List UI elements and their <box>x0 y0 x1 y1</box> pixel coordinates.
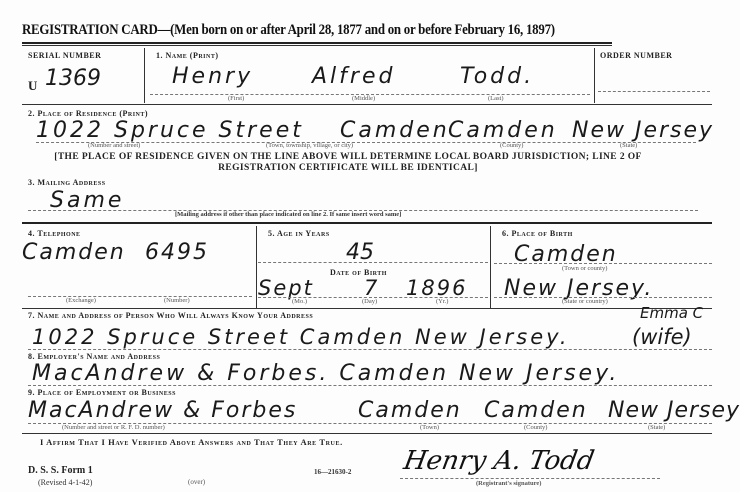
residence-town: Camden <box>340 118 450 143</box>
birth-state-caption: (State or country) <box>562 298 608 305</box>
title-underline <box>22 42 612 44</box>
middle-caption: (Middle) <box>352 95 375 102</box>
form-code: 16—21630-2 <box>314 468 351 476</box>
row9-bottom <box>22 433 712 434</box>
exchange-caption: (Exchange) <box>66 297 96 304</box>
county-caption: (County) <box>500 142 523 149</box>
order-divider <box>594 48 595 103</box>
serial-prefix: U <box>28 78 37 94</box>
telephone-label: 4. Telephone <box>28 229 81 238</box>
employment-county-caption: (County) <box>524 424 547 431</box>
employer-label: 8. Employer's Name and Address <box>28 352 160 361</box>
telephone-number: 6495 <box>145 240 209 265</box>
employment-county: Camden <box>484 398 588 423</box>
residence-state: New Jersey <box>572 118 714 143</box>
residence-street: 1022 Spruce Street <box>36 118 304 143</box>
serial-number-label: SERIAL NUMBER <box>28 51 101 60</box>
last-caption: (Last) <box>488 95 504 102</box>
contact-relation: (wife) <box>632 325 692 349</box>
telephone-divider <box>256 226 257 308</box>
order-number-label: ORDER NUMBER <box>600 51 672 60</box>
serial-number-value: 1369 <box>45 66 101 91</box>
form-name: D. S. S. Form 1 <box>28 465 93 476</box>
name-label: 1. Name (Print) <box>156 51 219 60</box>
contact-line <box>28 349 712 350</box>
registrant-signature: Henry A. Todd <box>401 446 596 476</box>
contact-label: 7. Name and Address of Person Who Will A… <box>28 311 313 320</box>
age-line <box>258 262 488 263</box>
employment-town: Camden <box>358 398 462 423</box>
town-caption: (Town, township, village, or city) <box>266 142 353 149</box>
birth-town-caption: (Town or county) <box>562 265 607 272</box>
card-title: REGISTRATION CARD—(Men born on or after … <box>22 22 555 39</box>
residence-label: 2. Place of Residence (Print) <box>28 109 148 118</box>
age-label: 5. Age in Years <box>268 229 330 238</box>
employment-street: MacAndrew & Forbes <box>28 398 297 423</box>
telephone-line <box>28 296 252 297</box>
form-revision: (Revised 4-1-42) <box>38 478 92 487</box>
place-of-birth-label: 6. Place of Birth <box>502 229 573 238</box>
state-caption: (State) <box>620 142 637 149</box>
dob-label: Date of Birth <box>330 268 387 277</box>
residence-county: Camden <box>448 118 558 143</box>
affirmation-text: I Affirm That I Have Verified Above Answ… <box>40 437 343 447</box>
first-caption: (First) <box>228 95 244 102</box>
contact-name: Emma C <box>640 304 703 322</box>
title-underline-2 <box>22 45 612 46</box>
employment-street-caption: (Number and street or R. F. D. number) <box>62 424 165 431</box>
year-caption: (Yr.) <box>436 298 448 305</box>
month-caption: (Mo.) <box>292 298 307 305</box>
birth-town-line <box>494 263 712 264</box>
day-caption: (Day) <box>362 298 377 305</box>
form-side: (over) <box>188 478 205 486</box>
registration-card: REGISTRATION CARD—(Men born on or after … <box>0 0 740 492</box>
mailing-address-label: 3. Mailing Address <box>28 178 106 187</box>
order-number-line <box>598 91 710 92</box>
middle-name: Alfred <box>312 64 395 89</box>
employment-state-caption: (State) <box>648 424 665 431</box>
first-name: Henry <box>172 64 253 89</box>
street-caption: (Number and street) <box>88 142 140 149</box>
mailing-caption: [Mailing address if other than place ind… <box>175 211 401 218</box>
telephone-exchange: Camden <box>22 240 126 265</box>
serial-divider <box>144 48 145 103</box>
employer-line <box>28 385 712 386</box>
signature-line <box>400 478 660 479</box>
row1-bottom <box>22 104 712 105</box>
signature-caption: (Registrant's signature) <box>476 480 541 487</box>
employment-town-caption: (Town) <box>420 424 439 431</box>
employment-state: New Jersey <box>608 398 740 423</box>
number-caption: (Number) <box>164 297 190 304</box>
row3-bottom <box>22 222 712 224</box>
age-divider <box>490 226 491 308</box>
contact-address: 1022 Spruce Street Camden New Jersey. <box>32 325 570 349</box>
place-of-employment-label: 9. Place of Employment or Business <box>28 388 176 397</box>
employer-value: MacAndrew & Forbes. Camden New Jersey. <box>32 361 619 386</box>
row4-bottom <box>22 308 712 309</box>
last-name: Todd. <box>460 64 534 89</box>
residence-notice: [THE PLACE OF RESIDENCE GIVEN ON THE LIN… <box>38 152 658 174</box>
